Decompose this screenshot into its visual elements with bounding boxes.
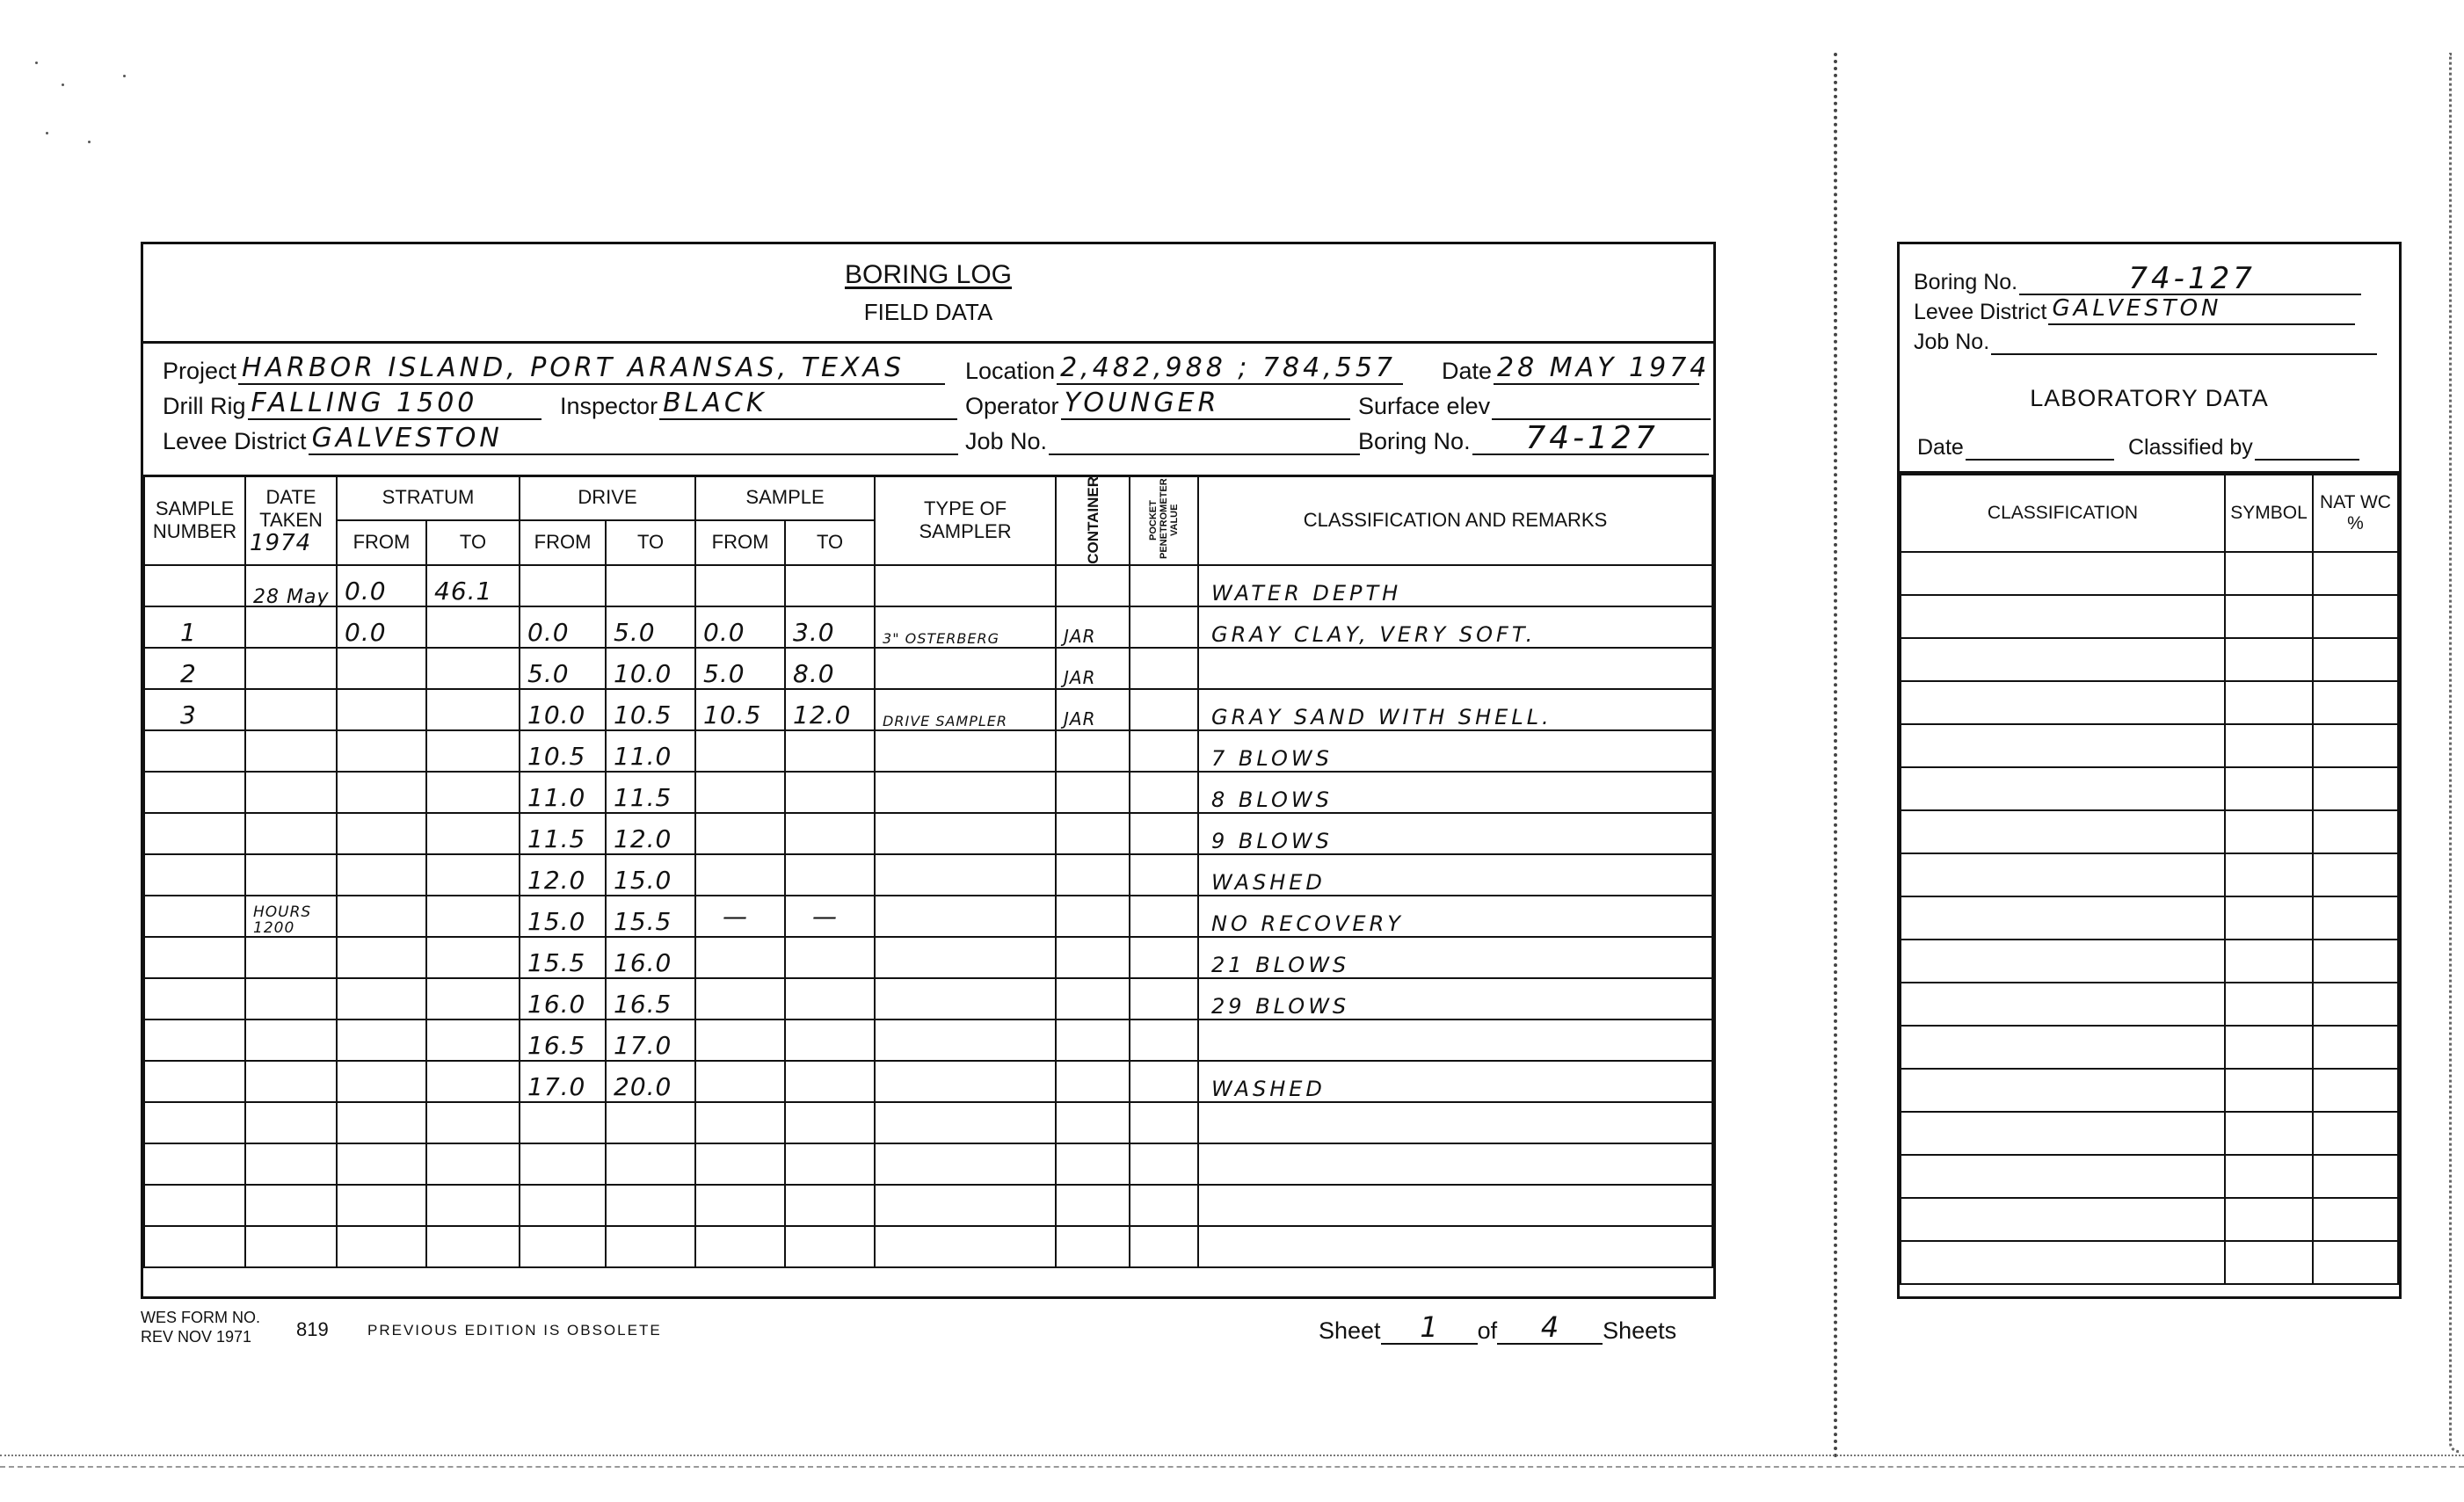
cell-sampler-type[interactable]: [875, 937, 1056, 978]
cell-drive-from[interactable]: 15.0: [520, 896, 606, 937]
cell-stratum-from[interactable]: [337, 1185, 426, 1226]
cell-sample-from[interactable]: [695, 813, 785, 854]
lab-cell-symbol[interactable]: [2225, 595, 2313, 638]
cell-stratum-from[interactable]: [337, 1226, 426, 1267]
cell-stratum-from[interactable]: [337, 1143, 426, 1185]
cell-remarks[interactable]: 7 BLOWS: [1198, 730, 1712, 772]
cell-date-taken[interactable]: [245, 772, 337, 813]
lab-cell-nat-wc[interactable]: [2313, 896, 2398, 940]
cell-stratum-to[interactable]: [426, 1102, 520, 1143]
lab-job-no-field[interactable]: Job No.: [1914, 323, 2377, 355]
cell-stratum-from[interactable]: [337, 813, 426, 854]
levee-district-value[interactable]: GALVESTON: [309, 424, 958, 455]
project-field[interactable]: Project HARBOR ISLAND, PORT ARANSAS, TEX…: [163, 353, 945, 385]
job-no-field[interactable]: Job No.: [965, 424, 1360, 455]
cell-stratum-from[interactable]: 0.0: [337, 606, 426, 648]
cell-pocket-penetrometer[interactable]: [1130, 896, 1198, 937]
lab-cell-symbol[interactable]: [2225, 638, 2313, 681]
cell-stratum-from[interactable]: [337, 730, 426, 772]
cell-drive-to[interactable]: 15.5: [606, 896, 695, 937]
cell-drive-to[interactable]: 17.0: [606, 1019, 695, 1061]
header-sample: SAMPLE: [695, 475, 875, 520]
header-drive-from: FROM: [520, 520, 606, 565]
sheet-counter: Sheet 1 of 4 Sheets: [1319, 1311, 1676, 1345]
cell-pocket-penetrometer[interactable]: [1130, 689, 1198, 730]
cell-date-taken[interactable]: [245, 978, 337, 1019]
cell-container[interactable]: JAR: [1056, 606, 1130, 648]
lab-cell-nat-wc[interactable]: [2313, 1112, 2398, 1155]
cell-stratum-from[interactable]: [337, 978, 426, 1019]
cell-stratum-from[interactable]: [337, 854, 426, 896]
lab-classified-by-value[interactable]: [2255, 429, 2359, 461]
cell-sampler-type[interactable]: [875, 978, 1056, 1019]
lab-job-no-value[interactable]: [1991, 323, 2377, 355]
cell-drive-from[interactable]: 11.5: [520, 813, 606, 854]
cell-sample-number[interactable]: 2: [144, 648, 245, 689]
cell-sample-number[interactable]: [144, 896, 245, 937]
table-row: 11.512.09 BLOWS: [144, 813, 1712, 854]
lab-cell-nat-wc[interactable]: [2313, 1155, 2398, 1198]
cell-remarks[interactable]: [1198, 1143, 1712, 1185]
cell-pocket-penetrometer[interactable]: [1130, 1019, 1198, 1061]
lab-cell-classification[interactable]: [1901, 724, 2225, 767]
cell-stratum-to[interactable]: [426, 1061, 520, 1102]
cell-date-taken[interactable]: [245, 606, 337, 648]
operator-field[interactable]: Operator YOUNGER: [965, 388, 1350, 420]
cell-pocket-penetrometer[interactable]: [1130, 1061, 1198, 1102]
cell-sampler-type[interactable]: [875, 1061, 1056, 1102]
cell-pocket-penetrometer[interactable]: [1130, 854, 1198, 896]
cell-pocket-penetrometer[interactable]: [1130, 648, 1198, 689]
boring-no-value[interactable]: 74-127: [1472, 424, 1709, 455]
cell-sample-to[interactable]: [785, 565, 875, 606]
cell-sampler-type[interactable]: [875, 565, 1056, 606]
cell-remarks[interactable]: GRAY CLAY, VERY SOFT.: [1198, 606, 1712, 648]
cell-remarks[interactable]: [1198, 1019, 1712, 1061]
lab-cell-nat-wc[interactable]: [2313, 1198, 2398, 1241]
cell-container[interactable]: [1056, 978, 1130, 1019]
cell-container[interactable]: [1056, 1185, 1130, 1226]
lab-cell-classification[interactable]: [1901, 767, 2225, 810]
levee-district-field[interactable]: Levee District GALVESTON: [163, 424, 958, 455]
cell-sample-to[interactable]: [785, 730, 875, 772]
job-no-value[interactable]: [1049, 424, 1360, 455]
cell-sample-number[interactable]: 1: [144, 606, 245, 648]
cell-date-taken[interactable]: [245, 813, 337, 854]
cell-drive-to[interactable]: [606, 1143, 695, 1185]
cell-sample-from[interactable]: [695, 772, 785, 813]
cell-stratum-from[interactable]: [337, 648, 426, 689]
cell-sampler-type[interactable]: [875, 1143, 1056, 1185]
cell-sample-to[interactable]: [785, 772, 875, 813]
cell-container[interactable]: [1056, 1061, 1130, 1102]
cell-drive-to[interactable]: [606, 1102, 695, 1143]
lab-cell-nat-wc[interactable]: [2313, 595, 2398, 638]
cell-container[interactable]: [1056, 772, 1130, 813]
cell-sample-from[interactable]: 10.5: [695, 689, 785, 730]
surface-elev-field[interactable]: Surface elev: [1358, 388, 1711, 420]
cell-remarks[interactable]: [1198, 1226, 1712, 1267]
cell-drive-to[interactable]: [606, 1226, 695, 1267]
date-field[interactable]: Date 28 MAY 1974: [1442, 353, 1699, 385]
cell-drive-from[interactable]: 0.0: [520, 606, 606, 648]
lab-cell-nat-wc[interactable]: [2313, 983, 2398, 1026]
cell-sample-to[interactable]: [785, 978, 875, 1019]
cell-remarks[interactable]: [1198, 648, 1712, 689]
cell-remarks[interactable]: WATER DEPTH: [1198, 565, 1712, 606]
cell-drive-to[interactable]: 11.5: [606, 772, 695, 813]
cell-pocket-penetrometer[interactable]: [1130, 1143, 1198, 1185]
cell-sample-to[interactable]: [785, 1019, 875, 1061]
cell-sample-to[interactable]: [785, 1226, 875, 1267]
cell-container[interactable]: [1056, 1102, 1130, 1143]
sheet-number[interactable]: 1: [1381, 1311, 1478, 1345]
cell-sample-number[interactable]: [144, 772, 245, 813]
cell-stratum-to[interactable]: [426, 1185, 520, 1226]
cell-container[interactable]: JAR: [1056, 648, 1130, 689]
cell-sample-to[interactable]: 12.0: [785, 689, 875, 730]
lab-date-field[interactable]: Date: [1917, 429, 2114, 461]
lab-cell-nat-wc[interactable]: [2313, 767, 2398, 810]
lab-cell-classification[interactable]: [1901, 983, 2225, 1026]
cell-pocket-penetrometer[interactable]: [1130, 565, 1198, 606]
cell-sampler-type[interactable]: [875, 896, 1056, 937]
lab-cell-symbol[interactable]: [2225, 1026, 2313, 1069]
cell-drive-to[interactable]: 16.0: [606, 937, 695, 978]
lab-cell-symbol[interactable]: [2225, 853, 2313, 896]
cell-remarks[interactable]: GRAY SAND WITH SHELL.: [1198, 689, 1712, 730]
cell-drive-to[interactable]: 5.0: [606, 606, 695, 648]
lab-cell-nat-wc[interactable]: [2313, 1026, 2398, 1069]
cell-container[interactable]: [1056, 730, 1130, 772]
lab-cell-nat-wc[interactable]: [2313, 810, 2398, 853]
cell-sample-from[interactable]: [695, 565, 785, 606]
cell-pocket-penetrometer[interactable]: [1130, 1102, 1198, 1143]
cell-sample-from[interactable]: [695, 978, 785, 1019]
lab-cell-symbol[interactable]: [2225, 983, 2313, 1026]
lab-cell-nat-wc[interactable]: [2313, 724, 2398, 767]
cell-sample-from[interactable]: [695, 1226, 785, 1267]
cell-drive-to[interactable]: 20.0: [606, 1061, 695, 1102]
cell-stratum-from[interactable]: 0.0: [337, 565, 426, 606]
cell-sample-from[interactable]: [695, 730, 785, 772]
cell-date-taken[interactable]: [245, 1102, 337, 1143]
cell-drive-from[interactable]: 11.0: [520, 772, 606, 813]
cell-drive-to[interactable]: 15.0: [606, 854, 695, 896]
cell-stratum-to[interactable]: [426, 772, 520, 813]
lab-cell-nat-wc[interactable]: [2313, 681, 2398, 724]
cell-remarks[interactable]: NO RECOVERY: [1198, 896, 1712, 937]
cell-date-taken[interactable]: HOURS 1200: [245, 896, 337, 937]
lab-cell-symbol[interactable]: [2225, 724, 2313, 767]
lab-cell-nat-wc[interactable]: [2313, 638, 2398, 681]
cell-sample-from[interactable]: [695, 1102, 785, 1143]
cell-sample-from[interactable]: [695, 1061, 785, 1102]
table-row: 28 May0.046.1WATER DEPTH: [144, 565, 1712, 606]
cell-date-taken[interactable]: [245, 937, 337, 978]
cell-stratum-to[interactable]: [426, 937, 520, 978]
cell-sampler-type[interactable]: [875, 813, 1056, 854]
cell-stratum-to[interactable]: [426, 1019, 520, 1061]
cell-sampler-type[interactable]: [875, 1185, 1056, 1226]
cell-drive-to[interactable]: 11.0: [606, 730, 695, 772]
cell-sample-number[interactable]: [144, 1143, 245, 1185]
cell-container[interactable]: [1056, 937, 1130, 978]
cell-sample-from[interactable]: [695, 854, 785, 896]
page-edge-bottom: [0, 1466, 2464, 1468]
lab-cell-symbol[interactable]: [2225, 767, 2313, 810]
cell-stratum-from[interactable]: [337, 1019, 426, 1061]
drill-rig-field[interactable]: Drill Rig FALLING 1500: [163, 388, 541, 420]
cell-remarks[interactable]: 9 BLOWS: [1198, 813, 1712, 854]
operator-value[interactable]: YOUNGER: [1061, 388, 1350, 420]
laboratory-data-panel: Boring No. 74-127 Levee District GALVEST…: [1897, 242, 2402, 1299]
cell-pocket-penetrometer[interactable]: [1130, 772, 1198, 813]
boring-no-field[interactable]: Boring No. 74-127: [1358, 424, 1709, 455]
lab-cell-symbol[interactable]: [2225, 896, 2313, 940]
cell-stratum-to[interactable]: [426, 648, 520, 689]
cell-pocket-penetrometer[interactable]: [1130, 1185, 1198, 1226]
cell-drive-from[interactable]: 10.0: [520, 689, 606, 730]
cell-sample-number[interactable]: [144, 1019, 245, 1061]
cell-pocket-penetrometer[interactable]: [1130, 606, 1198, 648]
inspector-field[interactable]: Inspector BLACK: [560, 388, 957, 420]
cell-stratum-from[interactable]: [337, 896, 426, 937]
cell-sample-from[interactable]: —: [695, 896, 785, 937]
cell-remarks[interactable]: [1198, 1102, 1712, 1143]
cell-drive-from[interactable]: 12.0: [520, 854, 606, 896]
cell-stratum-to[interactable]: [426, 813, 520, 854]
lab-levee-district-field[interactable]: Levee District GALVESTON: [1914, 294, 2355, 325]
cell-sampler-type[interactable]: [875, 730, 1056, 772]
cell-container[interactable]: [1056, 1143, 1130, 1185]
cell-date-taken[interactable]: [245, 730, 337, 772]
cell-date-taken[interactable]: [245, 1061, 337, 1102]
cell-sampler-type[interactable]: [875, 1019, 1056, 1061]
cell-sampler-type[interactable]: [875, 854, 1056, 896]
lab-cell-nat-wc[interactable]: [2313, 853, 2398, 896]
cell-stratum-to[interactable]: [426, 854, 520, 896]
cell-pocket-penetrometer[interactable]: [1130, 978, 1198, 1019]
lab-cell-classification[interactable]: [1901, 853, 2225, 896]
cell-drive-to[interactable]: 12.0: [606, 813, 695, 854]
cell-stratum-to[interactable]: [426, 606, 520, 648]
cell-sampler-type[interactable]: [875, 1102, 1056, 1143]
lab-table-row: [1901, 853, 2398, 896]
cell-drive-to[interactable]: 10.0: [606, 648, 695, 689]
cell-sample-to[interactable]: [785, 1061, 875, 1102]
cell-sample-to[interactable]: [785, 1102, 875, 1143]
cell-sample-number[interactable]: [144, 1185, 245, 1226]
cell-sampler-type[interactable]: [875, 1226, 1056, 1267]
lab-cell-classification[interactable]: [1901, 1069, 2225, 1112]
cell-container[interactable]: JAR: [1056, 689, 1130, 730]
cell-pocket-penetrometer[interactable]: [1130, 937, 1198, 978]
cell-remarks[interactable]: WASHED: [1198, 1061, 1712, 1102]
lab-cell-classification[interactable]: [1901, 940, 2225, 983]
lab-date-value[interactable]: [1966, 429, 2114, 461]
cell-sample-to[interactable]: [785, 854, 875, 896]
cell-sample-to[interactable]: [785, 1185, 875, 1226]
cell-sampler-type[interactable]: [875, 772, 1056, 813]
inspector-value[interactable]: BLACK: [659, 388, 957, 420]
sheet-total[interactable]: 4: [1497, 1311, 1603, 1345]
lab-cell-symbol[interactable]: [2225, 1155, 2313, 1198]
cell-stratum-to[interactable]: [426, 730, 520, 772]
cell-date-taken[interactable]: [245, 648, 337, 689]
cell-drive-to[interactable]: 16.5: [606, 978, 695, 1019]
drill-rig-value[interactable]: FALLING 1500: [248, 388, 541, 420]
lab-cell-symbol[interactable]: [2225, 1069, 2313, 1112]
cell-sampler-type[interactable]: DRIVE SAMPLER: [875, 689, 1056, 730]
lab-cell-symbol[interactable]: [2225, 552, 2313, 595]
cell-drive-to[interactable]: [606, 1185, 695, 1226]
cell-drive-from[interactable]: [520, 565, 606, 606]
cell-remarks[interactable]: WASHED: [1198, 854, 1712, 896]
cell-sample-from[interactable]: 5.0: [695, 648, 785, 689]
cell-sample-number[interactable]: [144, 565, 245, 606]
location-value[interactable]: 2,482,988 ; 784,557: [1057, 353, 1403, 385]
cell-container[interactable]: [1056, 813, 1130, 854]
cell-sample-to[interactable]: 3.0: [785, 606, 875, 648]
cell-sample-number[interactable]: 3: [144, 689, 245, 730]
cell-sample-from[interactable]: [695, 1019, 785, 1061]
lab-boring-no-value[interactable]: 74-127: [2019, 264, 2361, 295]
cell-pocket-penetrometer[interactable]: [1130, 1226, 1198, 1267]
cell-drive-from[interactable]: [520, 1102, 606, 1143]
scan-speck: [123, 75, 126, 77]
cell-drive-from[interactable]: [520, 1226, 606, 1267]
lab-cell-classification[interactable]: [1901, 1155, 2225, 1198]
cell-stratum-to[interactable]: [426, 689, 520, 730]
cell-sample-to[interactable]: [785, 813, 875, 854]
cell-date-taken[interactable]: [245, 1143, 337, 1185]
project-value[interactable]: HARBOR ISLAND, PORT ARANSAS, TEXAS: [238, 353, 945, 385]
cell-sample-to[interactable]: [785, 1143, 875, 1185]
cell-sample-number[interactable]: [144, 937, 245, 978]
lab-header-symbol: SYMBOL: [2225, 475, 2313, 552]
cell-container[interactable]: [1056, 1226, 1130, 1267]
cell-sample-from[interactable]: [695, 937, 785, 978]
cell-stratum-from[interactable]: [337, 1102, 426, 1143]
cell-drive-from[interactable]: 15.5: [520, 937, 606, 978]
lab-cell-symbol[interactable]: [2225, 1241, 2313, 1284]
cell-drive-from[interactable]: 10.5: [520, 730, 606, 772]
cell-sample-number[interactable]: [144, 1061, 245, 1102]
cell-stratum-to[interactable]: [426, 978, 520, 1019]
cell-date-taken[interactable]: 28 May: [245, 565, 337, 606]
cell-sample-number[interactable]: [144, 1102, 245, 1143]
cell-drive-from[interactable]: [520, 1185, 606, 1226]
cell-stratum-to[interactable]: [426, 1143, 520, 1185]
cell-date-taken[interactable]: [245, 689, 337, 730]
lab-cell-nat-wc[interactable]: [2313, 1069, 2398, 1112]
surface-elev-value[interactable]: [1492, 388, 1711, 420]
cell-container[interactable]: [1056, 854, 1130, 896]
cell-sampler-type[interactable]: 3" OSTERBERG: [875, 606, 1056, 648]
lab-cell-classification[interactable]: [1901, 896, 2225, 940]
lab-cell-nat-wc[interactable]: [2313, 552, 2398, 595]
cell-remarks[interactable]: [1198, 1185, 1712, 1226]
cell-container[interactable]: [1056, 1019, 1130, 1061]
cell-drive-from[interactable]: [520, 1143, 606, 1185]
date-value[interactable]: 28 MAY 1974: [1494, 353, 1699, 385]
cell-container[interactable]: [1056, 565, 1130, 606]
cell-drive-from[interactable]: 5.0: [520, 648, 606, 689]
lab-cell-classification[interactable]: [1901, 681, 2225, 724]
cell-sample-from[interactable]: 0.0: [695, 606, 785, 648]
cell-sample-from[interactable]: [695, 1185, 785, 1226]
cell-stratum-from[interactable]: [337, 937, 426, 978]
cell-stratum-to[interactable]: 46.1: [426, 565, 520, 606]
lab-cell-classification[interactable]: [1901, 1026, 2225, 1069]
lab-cell-classification[interactable]: [1901, 810, 2225, 853]
cell-sample-number[interactable]: [144, 813, 245, 854]
lab-cell-nat-wc[interactable]: [2313, 940, 2398, 983]
cell-remarks[interactable]: 21 BLOWS: [1198, 937, 1712, 978]
table-row: 310.010.510.512.0DRIVE SAMPLERJARGRAY SA…: [144, 689, 1712, 730]
lab-boring-no-field[interactable]: Boring No. 74-127: [1914, 264, 2361, 295]
lab-table-row: [1901, 1112, 2398, 1155]
cell-sample-number[interactable]: [144, 978, 245, 1019]
lab-classified-by-field[interactable]: Classified by: [2128, 429, 2359, 461]
cell-stratum-from[interactable]: [337, 1061, 426, 1102]
cell-date-taken[interactable]: [245, 1185, 337, 1226]
cell-sample-from[interactable]: [695, 1143, 785, 1185]
cell-date-taken[interactable]: [245, 1226, 337, 1267]
lab-cell-symbol[interactable]: [2225, 940, 2313, 983]
cell-container[interactable]: [1056, 896, 1130, 937]
cell-date-taken[interactable]: [245, 854, 337, 896]
cell-drive-from[interactable]: 16.5: [520, 1019, 606, 1061]
cell-stratum-from[interactable]: [337, 772, 426, 813]
cell-drive-from[interactable]: 17.0: [520, 1061, 606, 1102]
cell-drive-to[interactable]: 10.5: [606, 689, 695, 730]
lab-cell-classification[interactable]: [1901, 552, 2225, 595]
cell-remarks[interactable]: 29 BLOWS: [1198, 978, 1712, 1019]
cell-stratum-to[interactable]: [426, 896, 520, 937]
lab-cell-classification[interactable]: [1901, 1112, 2225, 1155]
lab-cell-symbol[interactable]: [2225, 681, 2313, 724]
cell-drive-from[interactable]: 16.0: [520, 978, 606, 1019]
cell-remarks[interactable]: 8 BLOWS: [1198, 772, 1712, 813]
lab-cell-classification[interactable]: [1901, 595, 2225, 638]
lab-cell-classification[interactable]: [1901, 1241, 2225, 1284]
lab-cell-classification[interactable]: [1901, 638, 2225, 681]
cell-drive-to[interactable]: [606, 565, 695, 606]
cell-sample-number[interactable]: [144, 1226, 245, 1267]
lab-table-row: [1901, 810, 2398, 853]
location-field[interactable]: Location 2,482,988 ; 784,557: [965, 353, 1403, 385]
cell-date-taken[interactable]: [245, 1019, 337, 1061]
cell-sample-to[interactable]: [785, 937, 875, 978]
cell-pocket-penetrometer[interactable]: [1130, 730, 1198, 772]
lab-cell-classification[interactable]: [1901, 1198, 2225, 1241]
cell-sampler-type[interactable]: [875, 648, 1056, 689]
lab-cell-nat-wc[interactable]: [2313, 1241, 2398, 1284]
cell-sample-to[interactable]: —: [785, 896, 875, 937]
cell-stratum-from[interactable]: [337, 689, 426, 730]
lab-cell-symbol[interactable]: [2225, 1112, 2313, 1155]
cell-stratum-to[interactable]: [426, 1226, 520, 1267]
cell-sample-number[interactable]: [144, 854, 245, 896]
lab-cell-symbol[interactable]: [2225, 1198, 2313, 1241]
cell-sample-number[interactable]: [144, 730, 245, 772]
lab-cell-symbol[interactable]: [2225, 810, 2313, 853]
lab-levee-district-value[interactable]: GALVESTON: [2048, 294, 2355, 325]
cell-sample-to[interactable]: 8.0: [785, 648, 875, 689]
cell-pocket-penetrometer[interactable]: [1130, 813, 1198, 854]
